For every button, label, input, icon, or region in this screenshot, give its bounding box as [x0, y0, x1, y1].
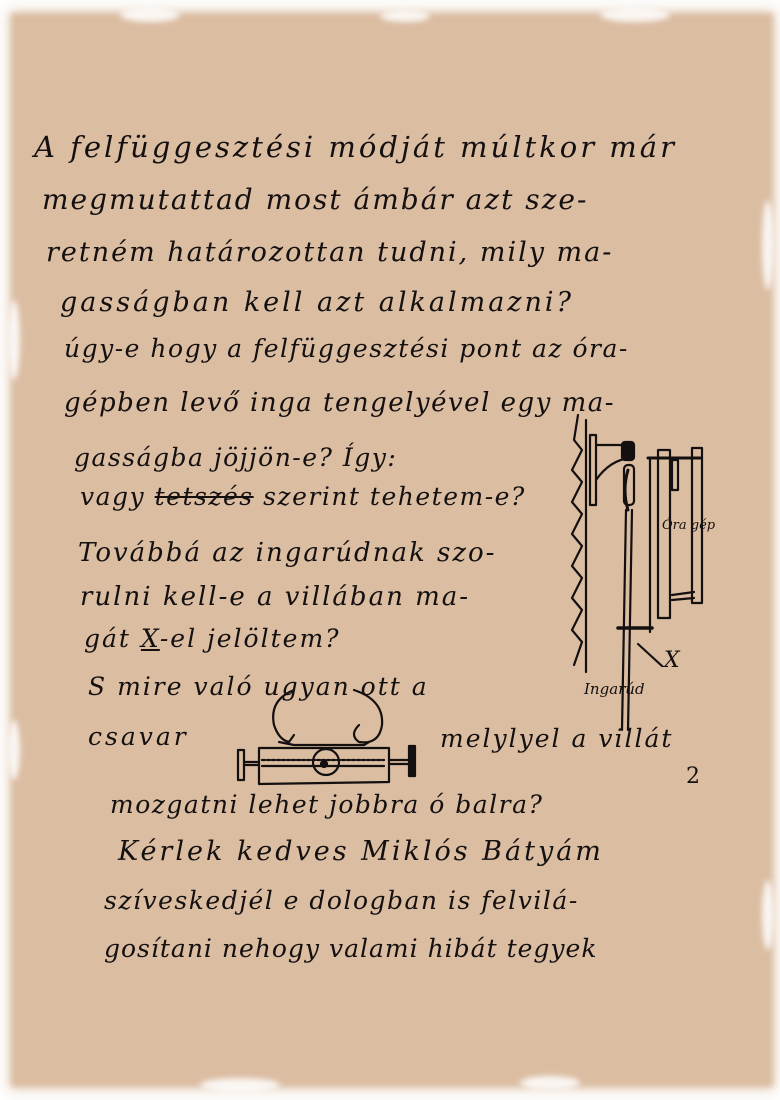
letter-line-8: vagy tetszés szerint tehetem-e?: [80, 482, 526, 511]
word-gat: gát: [84, 624, 141, 653]
letter-line-17: szíveskedjél e dologban is felvilá-: [104, 886, 579, 915]
deckle-edge: [380, 10, 430, 22]
letter-line-4: gasságban kell azt alkalmazni?: [60, 287, 574, 318]
letter-line-5: úgy-e hogy a felfüggesztési pont az óra-: [64, 334, 629, 363]
letter-line-6: gépben levő inga tengelyével egy ma-: [64, 388, 615, 418]
deckle-edge: [520, 1076, 580, 1090]
screw-diagram: [234, 680, 424, 790]
letter-line-3: retném határozottan tudni, mily ma-: [46, 237, 613, 268]
letter-line-13: csavar: [88, 722, 189, 751]
label-x-mark: X: [664, 648, 680, 673]
line-8-rest: szerint tehetem-e?: [254, 482, 526, 511]
letter-line-7: gasságba jöjjön-e? Így:: [74, 443, 397, 472]
letter-line-10: rulni kell-e a villában ma-: [80, 582, 470, 612]
underlined-mark: X: [141, 624, 160, 653]
deckle-edge: [200, 1078, 280, 1092]
label-pendulum-rod: Ingarúd: [584, 680, 645, 698]
letter-line-15: mozgatni lehet jobbra ó balra?: [110, 790, 543, 819]
wall-hatching-icon: [572, 415, 582, 665]
letter-line-2: megmutattad most ámbár azt sze-: [42, 183, 588, 216]
letter-line-9: Továbbá az ingarúdnak szo-: [78, 538, 496, 568]
deckle-edge: [120, 8, 180, 22]
deckle-edge: [8, 300, 20, 380]
letter-line-18: gosítani nehogy valami hibát tegyek: [104, 934, 597, 963]
letter-line-11: gát X-el jelöltem?: [84, 624, 341, 653]
word-vagy: vagy: [80, 482, 155, 511]
label-number-2: 2: [686, 764, 700, 789]
letter-line-16: Kérlek kedves Miklós Bátyám: [118, 836, 604, 867]
deckle-edge: [762, 880, 774, 950]
struck-word: tetszés: [155, 482, 254, 511]
label-clock-mechanism: Óra gép: [662, 518, 715, 533]
line-11-rest: -el jelöltem?: [160, 624, 341, 653]
deckle-edge: [762, 200, 774, 290]
deckle-edge: [8, 720, 20, 780]
deckle-edge: [600, 8, 670, 22]
letter-line-1: A felfüggesztési módját múltkor már: [34, 130, 677, 164]
